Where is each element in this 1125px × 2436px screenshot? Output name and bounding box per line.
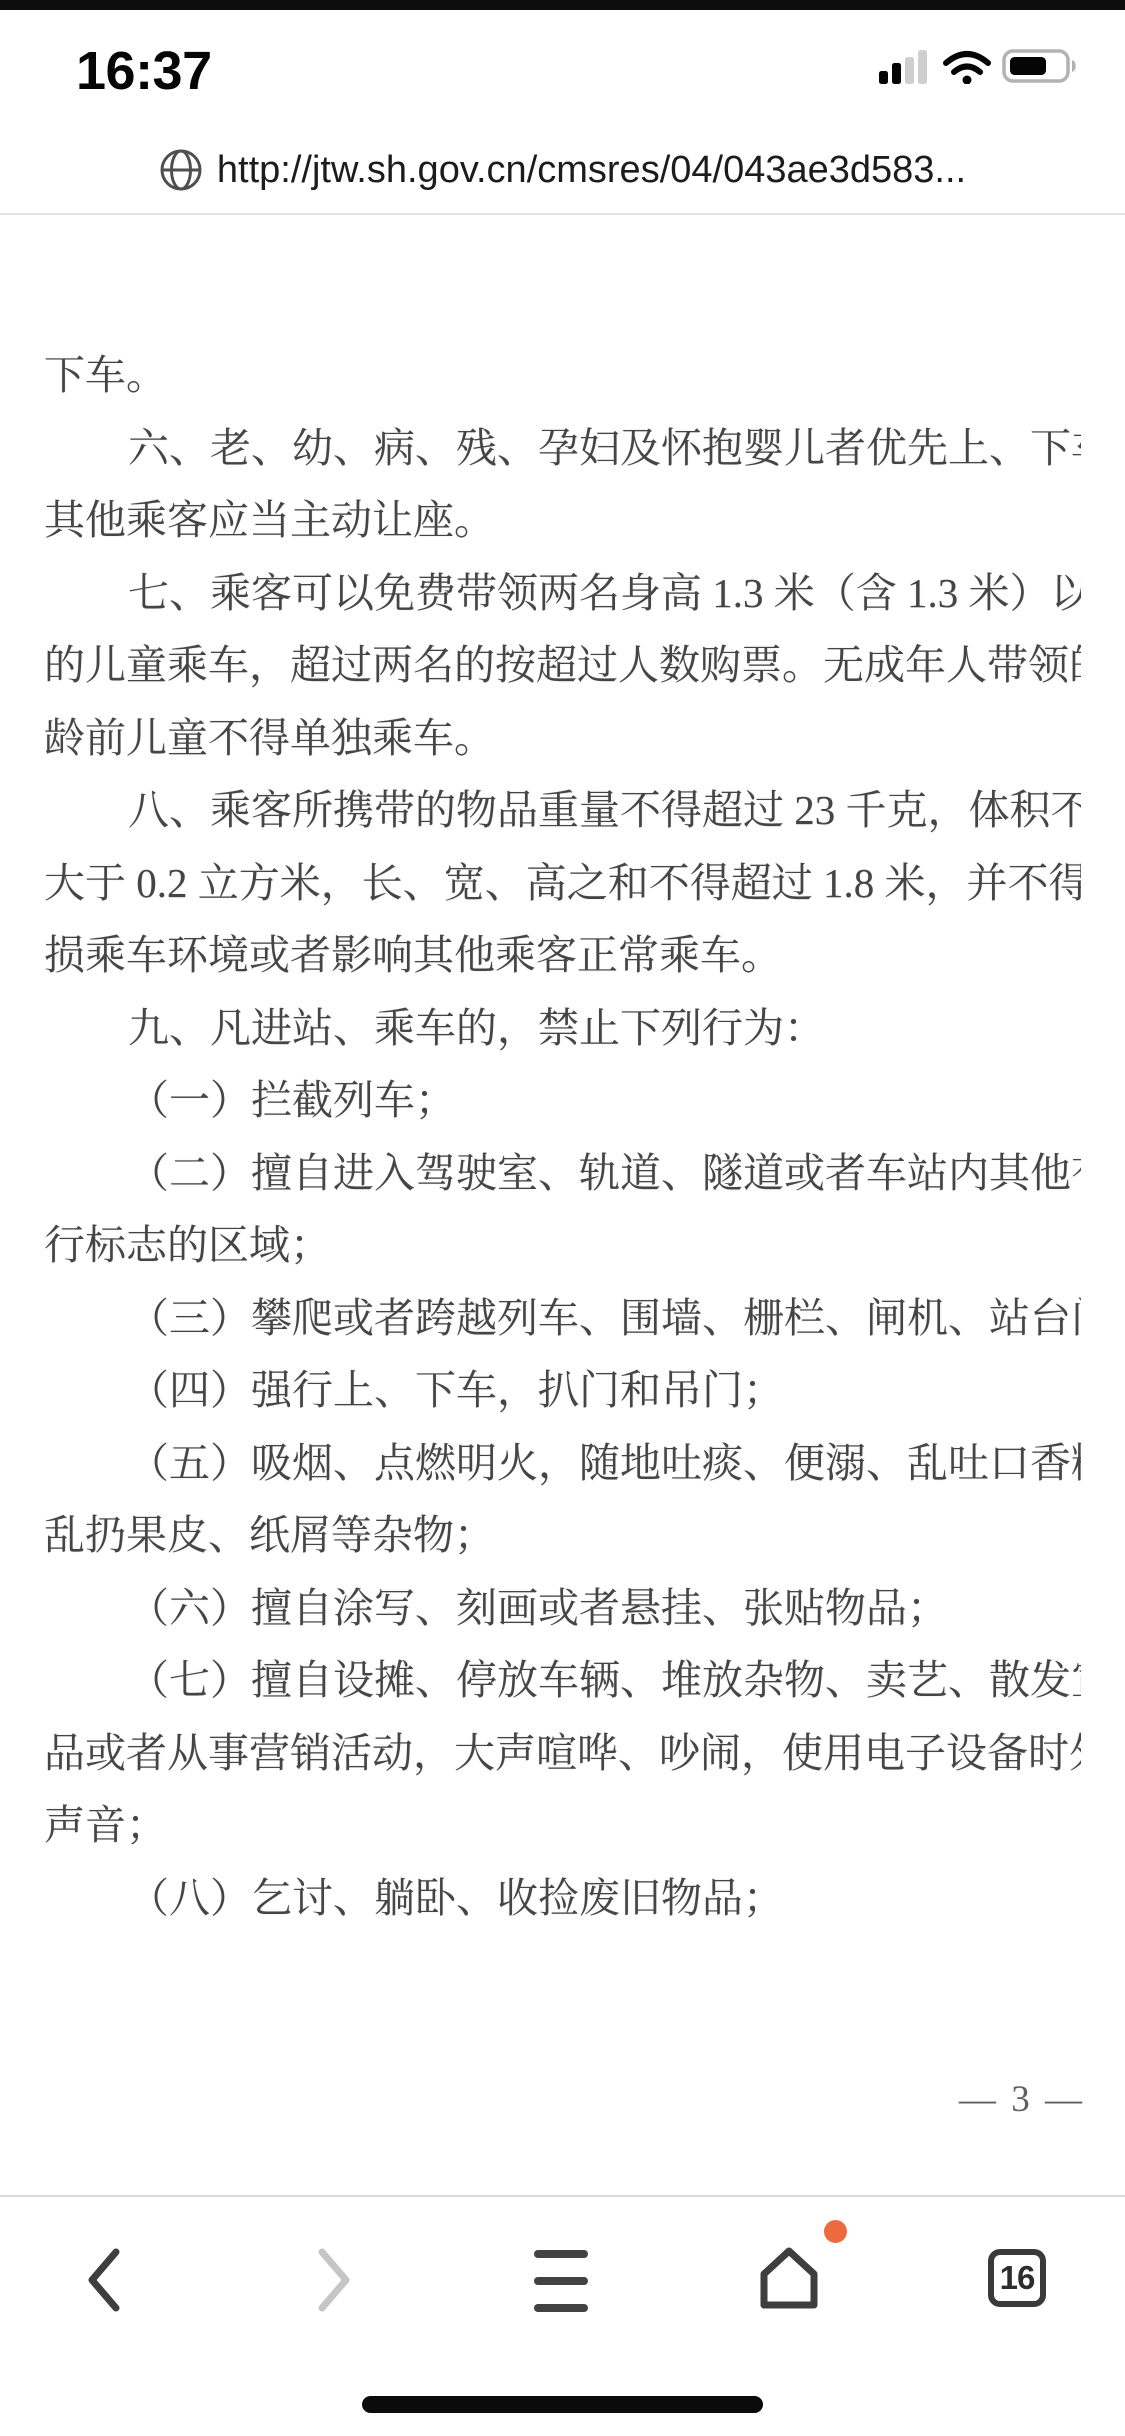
document-line: （六）擅自涂写、刻画或者悬挂、张贴物品； (44, 1572, 1081, 1645)
home-indicator[interactable] (362, 2396, 763, 2413)
document-line: 其他乘客应当主动让座。 (44, 484, 1081, 557)
top-edge-band (0, 0, 1125, 10)
document-line: （二）擅自进入驾驶室、轨道、隧道或者车站内其他有禁 (44, 1137, 1081, 1210)
cellular-signal-icon (879, 49, 929, 84)
document-line: （四）强行上、下车，扒门和吊门； (44, 1354, 1081, 1427)
document-line: 下车。 (44, 339, 1081, 412)
home-icon (757, 2246, 821, 2312)
document-line: 的儿童乘车，超过两名的按超过人数购票。无成年人带领的学 (44, 629, 1081, 702)
tab-count-badge: 16 (1000, 2259, 1035, 2297)
document-line: 八、乘客所携带的物品重量不得超过 23 千克，体积不得 (44, 774, 1081, 847)
document-line: 大于 0.2 立方米，长、宽、高之和不得超过 1.8 米，并不得污 (44, 847, 1081, 920)
document-line: （五）吸烟、点燃明火，随地吐痰、便溺、乱吐口香糖， (44, 1427, 1081, 1500)
chevron-right-icon (316, 2248, 352, 2312)
toolbar-divider (0, 2195, 1125, 2197)
document-page[interactable]: 下车。六、老、幼、病、残、孕妇及怀抱婴儿者优先上、下车，其他乘客应当主动让座。七… (0, 215, 1125, 2195)
menu-button[interactable] (533, 2247, 589, 2316)
status-time-label: 16:37 (76, 40, 212, 102)
document-line: 品或者从事营销活动，大声喧哗、吵闹，使用电子设备时外放 (44, 1717, 1081, 1790)
back-button[interactable] (86, 2248, 122, 2315)
document-line: （一）拦截列车； (44, 1064, 1081, 1137)
document-text: 下车。六、老、幼、病、残、孕妇及怀抱婴儿者优先上、下车，其他乘客应当主动让座。七… (44, 339, 1081, 1934)
document-line: 声音； (44, 1789, 1081, 1862)
document-line: 损乘车环境或者影响其他乘客正常乘车。 (44, 919, 1081, 992)
notification-dot (824, 2220, 847, 2243)
wifi-icon (942, 50, 992, 84)
document-line: （八）乞讨、躺卧、收捡废旧物品； (44, 1862, 1081, 1935)
document-line: 行标志的区域； (44, 1209, 1081, 1282)
menu-lines-icon (533, 2247, 589, 2313)
phone-screen: 16:37 http://jtw.sh.gov.cn/cmsres/04/043… (0, 0, 1125, 2436)
chevron-left-icon (86, 2248, 122, 2312)
tabs-button[interactable]: 16 (988, 2249, 1046, 2307)
document-line: 乱扔果皮、纸屑等杂物； (44, 1499, 1081, 1572)
document-line: （三）攀爬或者跨越列车、围墙、栅栏、闸机、站台门； (44, 1282, 1081, 1355)
battery-icon (1002, 49, 1082, 84)
document-line: （七）擅自设摊、停放车辆、堆放杂物、卖艺、散发宣传 (44, 1644, 1081, 1717)
document-line: 六、老、幼、病、残、孕妇及怀抱婴儿者优先上、下车， (44, 412, 1081, 485)
url-text: http://jtw.sh.gov.cn/cmsres/04/043ae3d58… (217, 149, 966, 192)
globe-icon (159, 148, 203, 192)
forward-button[interactable] (316, 2248, 352, 2315)
page-number: — 3 — (959, 2078, 1085, 2121)
document-line: 七、乘客可以免费带领两名身高 1.3 米（含 1.3 米）以下 (44, 557, 1081, 630)
home-button[interactable] (757, 2246, 821, 2315)
document-line: 龄前儿童不得单独乘车。 (44, 702, 1081, 775)
document-line: 九、凡进站、乘车的，禁止下列行为： (44, 992, 1081, 1065)
url-bar[interactable]: http://jtw.sh.gov.cn/cmsres/04/043ae3d58… (0, 136, 1125, 204)
